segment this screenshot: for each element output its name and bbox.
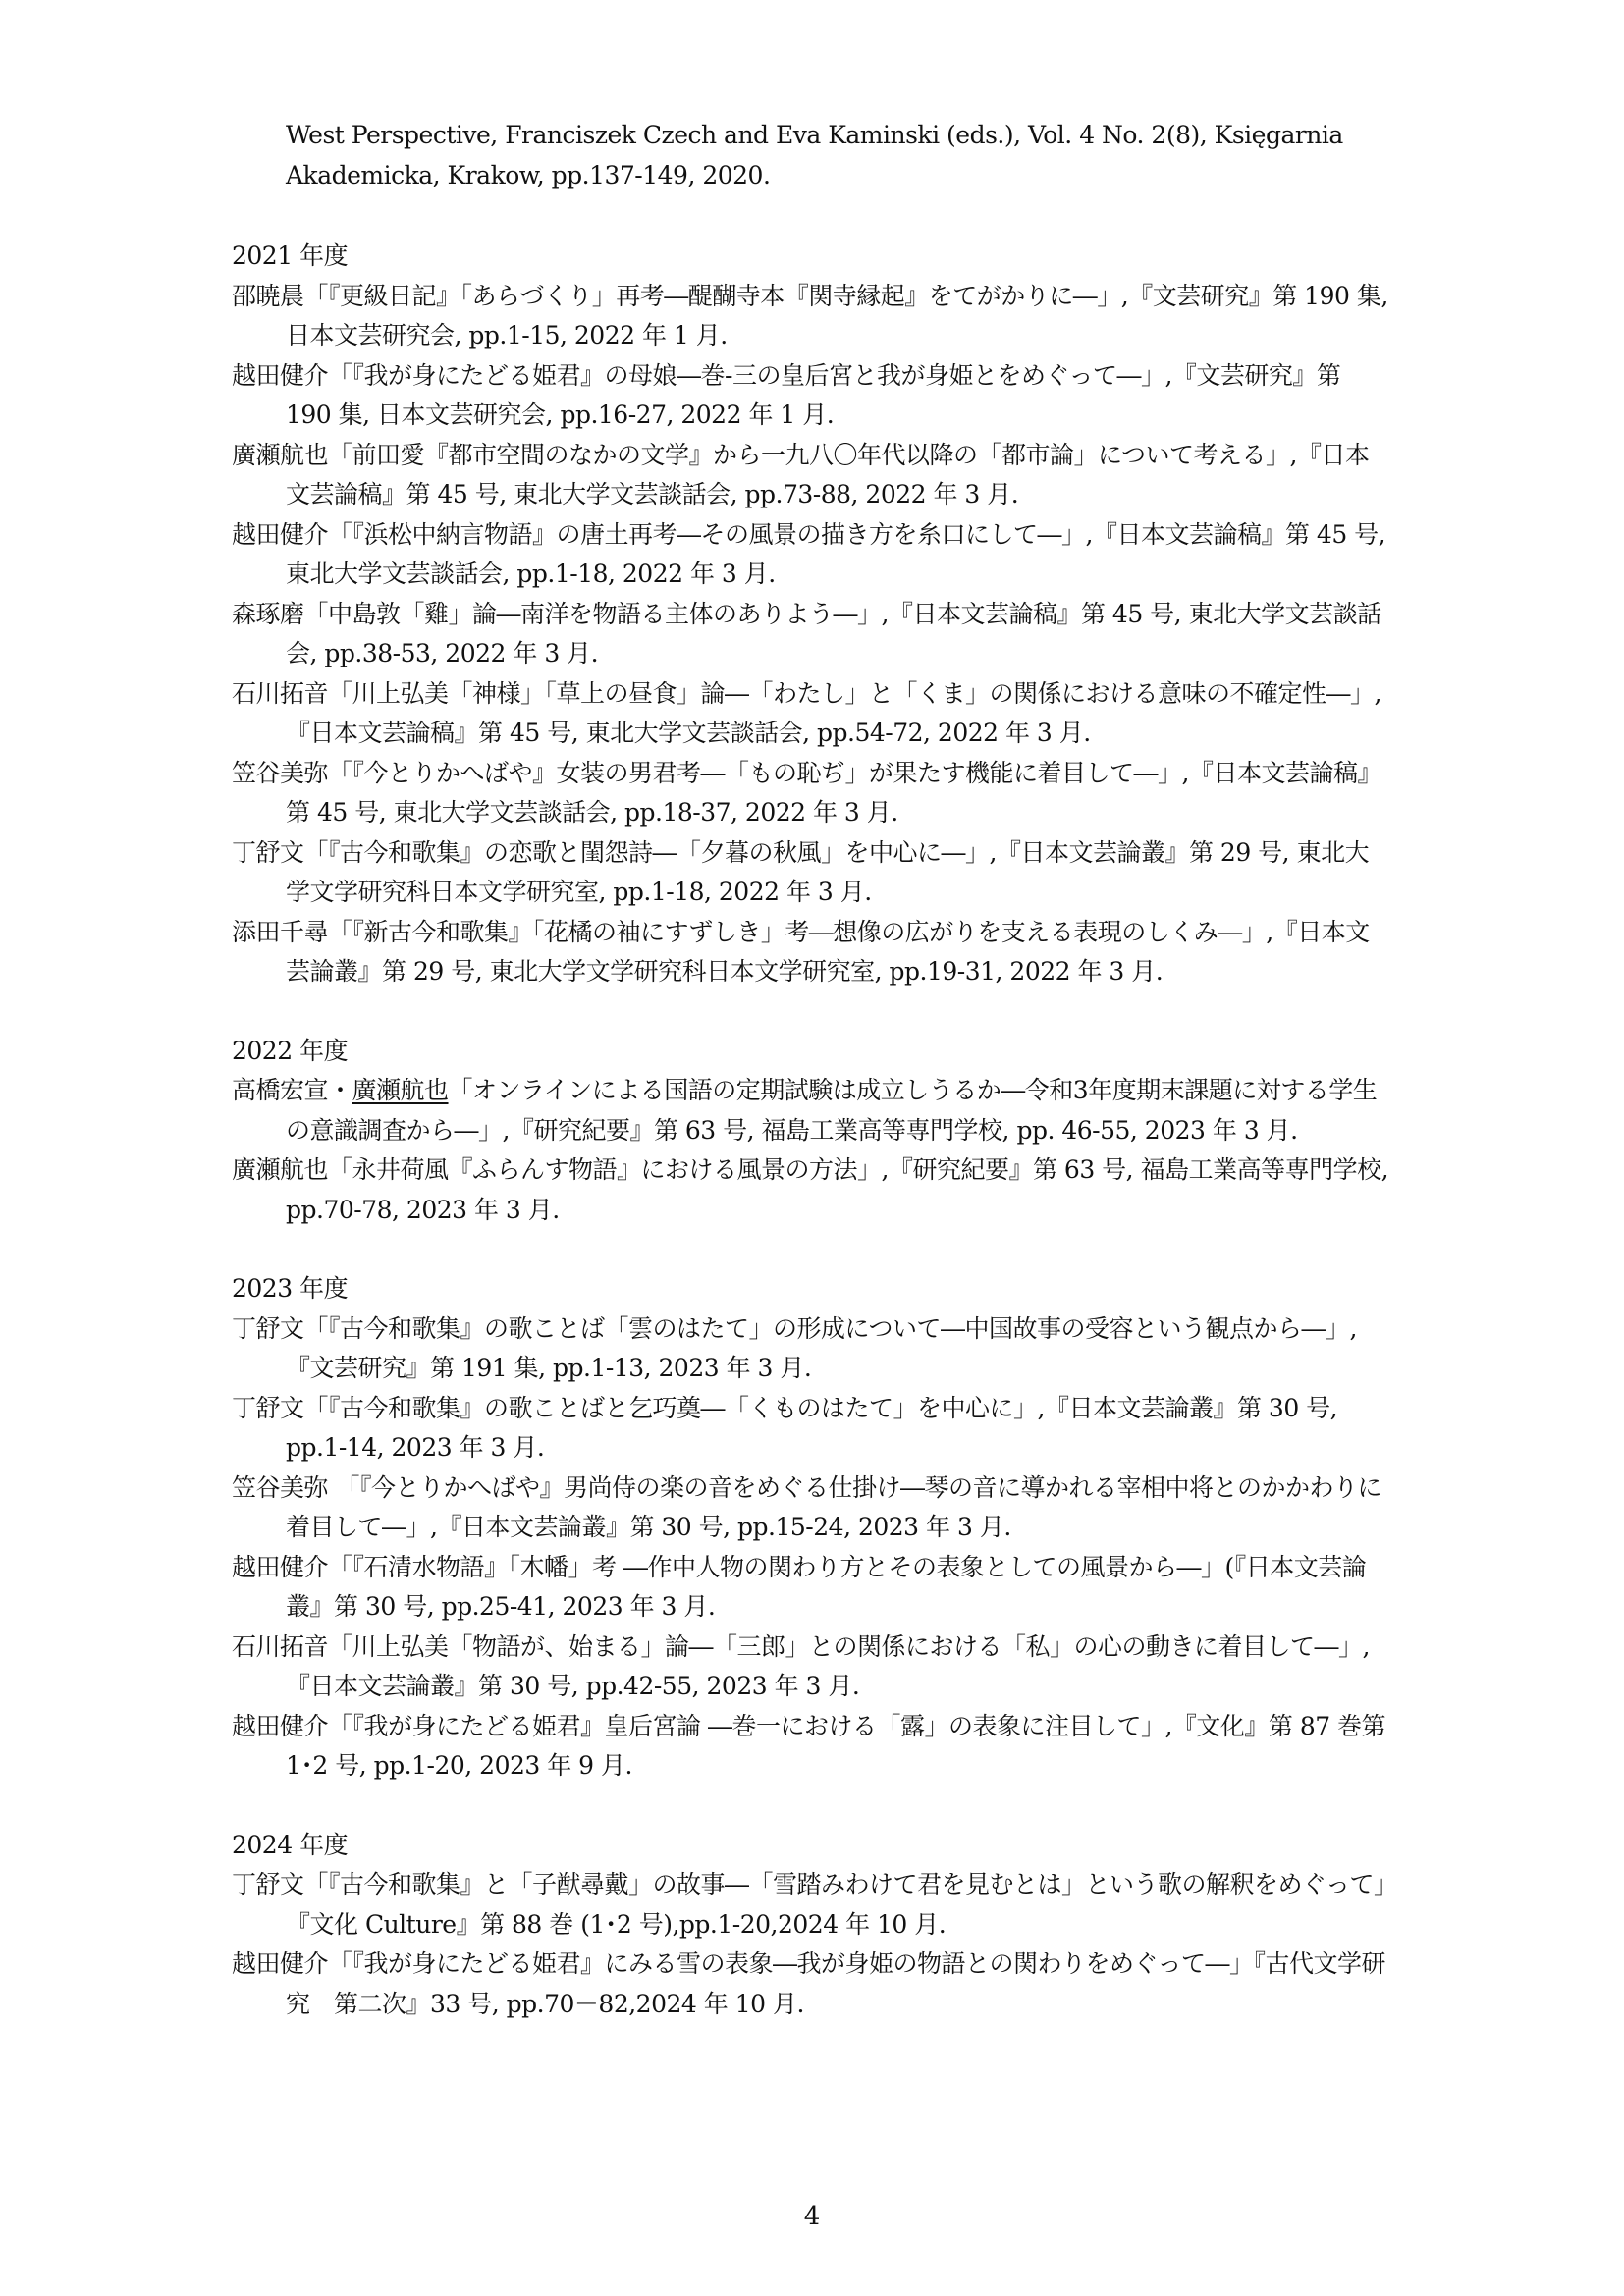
entry-citation: 「『今とりかへばや』女装の男君考―「もの恥ぢ」が果たす機能に着目して―」,『日本… [286, 759, 1381, 828]
entry-author: 丁舒文 [232, 838, 304, 867]
section-2021: 2021 年度 邵暁晨「『更級日記』「あらづくり」再考―醍醐寺本『関寺縁起』をて… [232, 237, 1390, 992]
list-item: 越田健介「『我が身にたどる姫君』にみる雪の表象―我が身姫の物語との関わりをめぐっ… [232, 1945, 1390, 2024]
list-item: 添田千尋「『新古今和歌集』「花橘の袖にすずしき」考―想像の広がりを支える表現のし… [232, 913, 1390, 992]
entry-citation: 「中島敦「雞」論―南洋を物語る主体のありよう―」,『日本文芸論稿』第 45 号,… [286, 600, 1381, 668]
list-item: 笠谷美弥 「『今とりかへばや』男尚侍の楽の音をめぐる仕掛け―琴の音に導かれる宰相… [232, 1468, 1390, 1548]
list-item: 石川拓音「川上弘美「物語が、始まる」論―「三郎」との関係における「私」の心の動き… [232, 1628, 1390, 1707]
entry-citation: 「『古今和歌集』の恋歌と閨怨詩―「夕暮の秋風」を中心に―」,『日本文芸論叢』第 … [286, 838, 1369, 907]
entry-author: 邵暁晨 [232, 282, 304, 310]
entry-author: 越田健介 [232, 1553, 328, 1581]
document-page: West Perspective, Franciszek Czech and E… [0, 0, 1624, 2296]
entry-citation: 「『古今和歌集』の歌ことば「雲のはたて」の形成について―中国故事の受容という観点… [286, 1314, 1357, 1383]
list-item: 石川拓音「川上弘美「神様」「草上の昼食」論―「わたし」と「くま」の関係における意… [232, 674, 1390, 754]
list-item: 越田健介「『我が身にたどる姫君』の母娘―巻-三の皇后宮と我が身姫とをめぐって―」… [232, 356, 1390, 436]
year-heading: 2023 年度 [232, 1269, 1390, 1309]
entry-citation: 「『今とりかへばや』男尚侍の楽の音をめぐる仕掛け―琴の音に導かれる宰相中将とのか… [286, 1473, 1381, 1542]
entry-author-underlined: 廣瀬航也 [352, 1076, 449, 1104]
entry-author: 廣瀬航也 [232, 441, 328, 469]
entry-author: 石川拓音 [232, 1632, 328, 1661]
entry-citation: 「オンラインによる国語の定期試験は成立しうるか―令和3年度期末課題に対する学生の… [286, 1076, 1377, 1145]
entry-citation: 「『浜松中納言物語』の唐土再考―その風景の描き方を糸口にして―」,『日本文芸論稿… [286, 520, 1385, 589]
entry-author: 石川拓音 [232, 679, 328, 708]
entry-citation: 「『古今和歌集』と「子猷尋戴」の故事―「雪踏みわけて君を見むとは」という歌の解釈… [286, 1870, 1385, 1939]
list-item: 丁舒文「『古今和歌集』の歌ことば「雲のはたて」の形成について―中国故事の受容とい… [232, 1309, 1390, 1389]
list-item: 廣瀬航也「前田愛『都市空間のなかの文学』から一九八〇年代以降の「都市論」について… [232, 436, 1390, 515]
list-item: 丁舒文「『古今和歌集』の歌ことばと乞巧奠―「くものはたて」を中心に」,『日本文芸… [232, 1389, 1390, 1468]
entry-author: 越田健介 [232, 1712, 328, 1740]
entry-author: 越田健介 [232, 361, 328, 390]
entry-citation: 「『古今和歌集』の歌ことばと乞巧奠―「くものはたて」を中心に」,『日本文芸論叢』… [286, 1394, 1337, 1463]
entry-author: 笠谷美弥 [232, 759, 328, 787]
section-2023: 2023 年度 丁舒文「『古今和歌集』の歌ことば「雲のはたて」の形成について―中… [232, 1269, 1390, 1787]
entry-author: 越田健介 [232, 520, 328, 549]
page-number: 4 [0, 2202, 1624, 2231]
entry-author: 高橋宏宣・ [232, 1076, 352, 1104]
list-item: 高橋宏宣・廣瀬航也「オンラインによる国語の定期試験は成立しうるか―令和3年度期末… [232, 1071, 1390, 1150]
entry-author: 添田千尋 [232, 918, 328, 946]
year-heading: 2021 年度 [232, 237, 1390, 277]
entry-author: 笠谷美弥 [232, 1473, 328, 1502]
section-2022: 2022 年度 高橋宏宣・廣瀬航也「オンラインによる国語の定期試験は成立しうるか… [232, 1032, 1390, 1231]
entry-citation: 「『石清水物語』「木幡」考 ―作中人物の関わり方とその表象としての風景から―」(… [286, 1553, 1366, 1622]
list-item: 廣瀬航也「永井荷風『ふらんす物語』における風景の方法」,『研究紀要』第 63 号… [232, 1150, 1390, 1230]
entry-citation: 「『新古今和歌集』「花橘の袖にすずしき」考―想像の広がりを支える表現のしくみ―」… [286, 918, 1370, 987]
entry-citation: 「前田愛『都市空間のなかの文学』から一九八〇年代以降の「都市論」について考える」… [286, 441, 1369, 509]
entry-citation: 「川上弘美「神様」「草上の昼食」論―「わたし」と「くま」の関係における意味の不確… [286, 679, 1381, 748]
entry-author: 廣瀬航也 [232, 1155, 328, 1184]
list-item: 越田健介「『石清水物語』「木幡」考 ―作中人物の関わり方とその表象としての風景か… [232, 1548, 1390, 1628]
entry-citation: 「『更級日記』「あらづくり」再考―醍醐寺本『関寺縁起』をてがかりに―」,『文芸研… [286, 282, 1388, 350]
year-heading: 2024 年度 [232, 1826, 1390, 1866]
publication-list: West Perspective, Franciszek Czech and E… [232, 116, 1390, 2063]
entry-citation: 「永井荷風『ふらんす物語』における風景の方法」,『研究紀要』第 63 号, 福島… [286, 1155, 1388, 1224]
entry-citation: 「『我が身にたどる姫君』にみる雪の表象―我が身姫の物語との関わりをめぐって―」『… [286, 1949, 1385, 2018]
entry-author: 丁舒文 [232, 1870, 304, 1898]
entry-author: 森琢磨 [232, 600, 304, 628]
continued-entry: West Perspective, Franciszek Czech and E… [232, 116, 1390, 195]
entry-citation: 「『我が身にたどる姫君』の母娘―巻-三の皇后宮と我が身姫とをめぐって―」,『文芸… [286, 361, 1340, 430]
entry-citation: 「川上弘美「物語が、始まる」論―「三郎」との関係における「私」の心の動きに着目し… [286, 1632, 1370, 1701]
list-item: 越田健介「『浜松中納言物語』の唐土再考―その風景の描き方を糸口にして―」,『日本… [232, 515, 1390, 595]
year-heading: 2022 年度 [232, 1032, 1390, 1072]
list-item: 森琢磨「中島敦「雞」論―南洋を物語る主体のありよう―」,『日本文芸論稿』第 45… [232, 595, 1390, 674]
list-item: 笠谷美弥「『今とりかへばや』女装の男君考―「もの恥ぢ」が果たす機能に着目して―」… [232, 754, 1390, 833]
entry-citation: 「『我が身にたどる姫君』皇后宮論 ―巻一における「露」の表象に注目して」,『文化… [286, 1712, 1385, 1781]
section-2024: 2024 年度 丁舒文「『古今和歌集』と「子猷尋戴」の故事―「雪踏みわけて君を見… [232, 1826, 1390, 2025]
list-item: 丁舒文「『古今和歌集』と「子猷尋戴」の故事―「雪踏みわけて君を見むとは」という歌… [232, 1865, 1390, 1945]
entry-author: 越田健介 [232, 1949, 328, 1978]
entry-author: 丁舒文 [232, 1394, 304, 1422]
list-item: 丁舒文「『古今和歌集』の恋歌と閨怨詩―「夕暮の秋風」を中心に―」,『日本文芸論叢… [232, 833, 1390, 913]
list-item: 邵暁晨「『更級日記』「あらづくり」再考―醍醐寺本『関寺縁起』をてがかりに―」,『… [232, 277, 1390, 356]
list-item: 越田健介「『我が身にたどる姫君』皇后宮論 ―巻一における「露」の表象に注目して」… [232, 1707, 1390, 1787]
entry-author: 丁舒文 [232, 1314, 304, 1343]
